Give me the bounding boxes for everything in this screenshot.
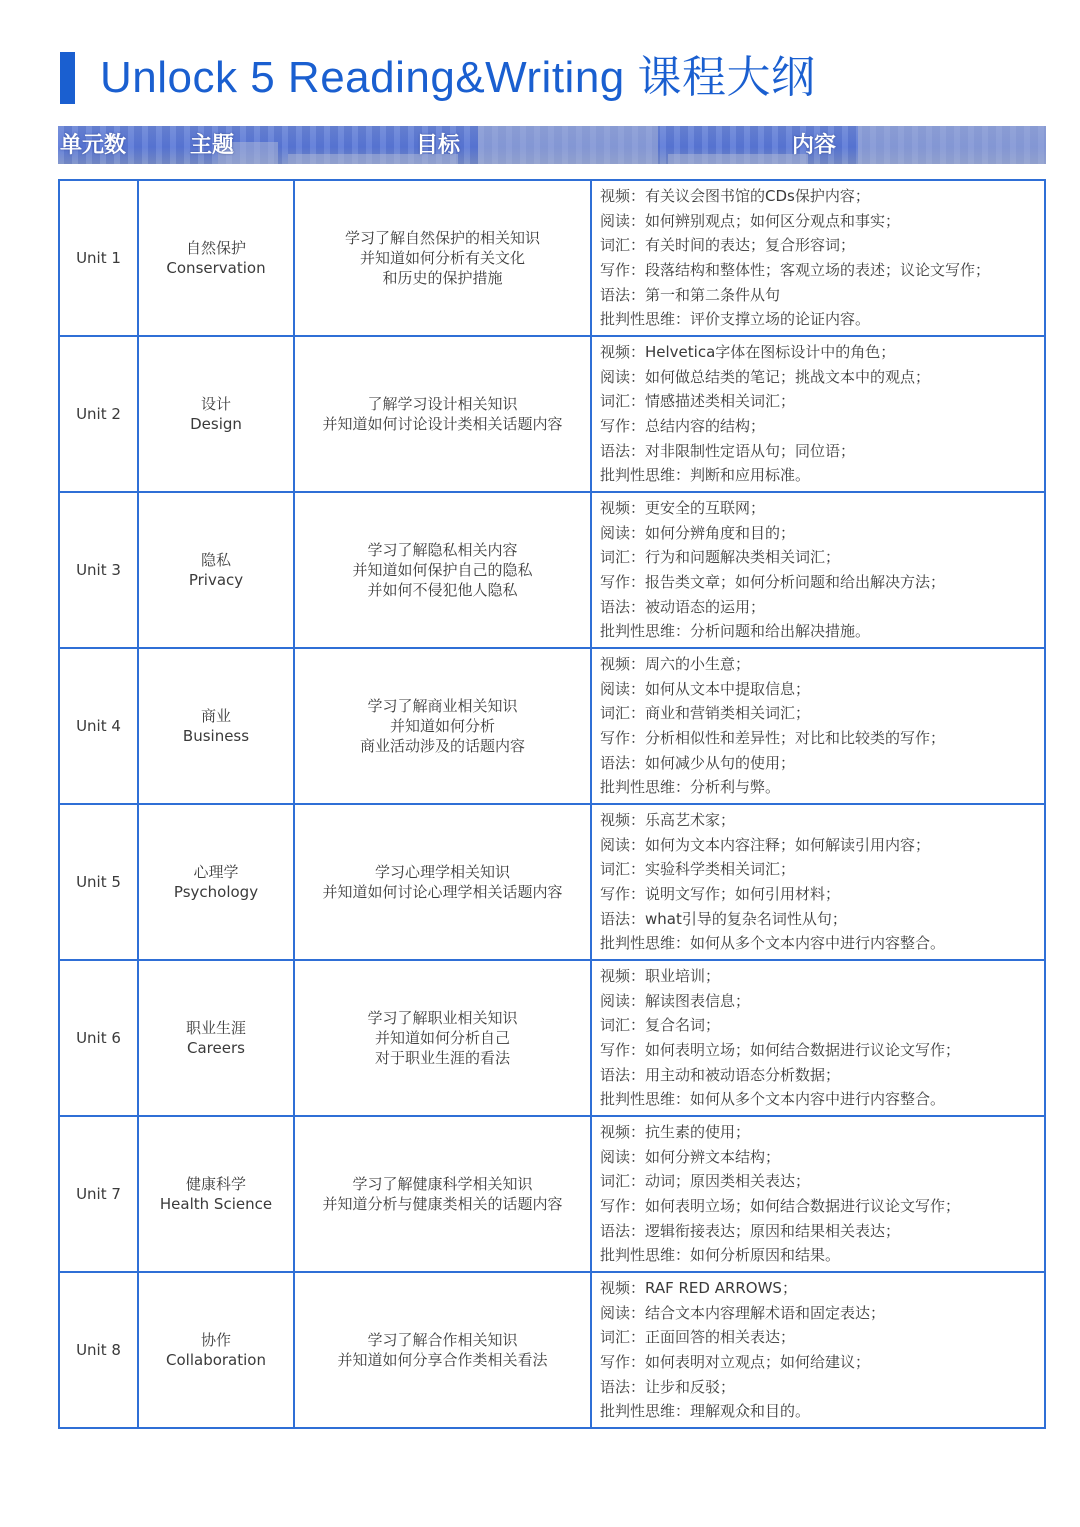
topic-cn: 职业生涯 bbox=[139, 1018, 293, 1038]
goal-line: 学习了解健康科学相关知识 bbox=[295, 1174, 590, 1194]
content-line: 阅读：如何为文本内容注释；如何解读引用内容； bbox=[600, 833, 1044, 858]
content-line: 词汇：有关时间的表达；复合形容词； bbox=[600, 233, 1044, 258]
content-line: 视频：职业培训； bbox=[600, 964, 1044, 989]
content-line: 语法：第一和第二条件从句 bbox=[600, 283, 1044, 308]
topic-cn: 自然保护 bbox=[139, 238, 293, 258]
unit-label: Unit 2 bbox=[76, 405, 121, 423]
page-title: Unlock 5 Reading&Writing 课程大纲 bbox=[100, 50, 816, 106]
content-line: 写作：段落结构和整体性；客观立场的表述；议论文写作； bbox=[600, 258, 1044, 283]
unit-cell: Unit 5 bbox=[59, 804, 138, 960]
content-line: 写作：分析相似性和差异性；对比和比较类的写作； bbox=[600, 726, 1044, 751]
content-line: 批判性思维：分析利与弊。 bbox=[600, 775, 1044, 800]
topic-cn: 隐私 bbox=[139, 550, 293, 570]
goal-line: 和历史的保护措施 bbox=[295, 268, 590, 288]
content-line: 语法：对非限制性定语从句；同位语； bbox=[600, 439, 1044, 464]
content-line: 写作：如何表明对立观点；如何给建议； bbox=[600, 1350, 1044, 1375]
content-line: 阅读：如何从文本中提取信息； bbox=[600, 677, 1044, 702]
table-header-band: 单元数 主题 目标 内容 bbox=[58, 126, 1046, 164]
content-line: 视频：Helvetica字体在图标设计中的角色； bbox=[600, 340, 1044, 365]
goal-cell: 学习了解自然保护的相关知识并知道如何分析有关文化和历史的保护措施 bbox=[294, 180, 591, 336]
topic-en: Psychology bbox=[139, 882, 293, 902]
content-line: 批判性思维：判断和应用标准。 bbox=[600, 463, 1044, 488]
content-line: 词汇：情感描述类相关词汇； bbox=[600, 389, 1044, 414]
goal-line: 学习了解隐私相关内容 bbox=[295, 540, 590, 560]
content-line: 视频：乐高艺术家； bbox=[600, 808, 1044, 833]
unit-cell: Unit 4 bbox=[59, 648, 138, 804]
table-row: Unit 1 自然保护 Conservation 学习了解自然保护的相关知识并知… bbox=[59, 180, 1045, 336]
content-line: 写作：如何表明立场；如何结合数据进行议论文写作； bbox=[600, 1038, 1044, 1063]
topic-cell: 心理学 Psychology bbox=[138, 804, 294, 960]
goal-cell: 学习了解职业相关知识并知道如何分析自己对于职业生涯的看法 bbox=[294, 960, 591, 1116]
goal-line: 学习了解商业相关知识 bbox=[295, 696, 590, 716]
content-line: 阅读：结合文本内容理解术语和固定表达； bbox=[600, 1301, 1044, 1326]
content-line: 视频：抗生素的使用； bbox=[600, 1120, 1044, 1145]
goal-line: 学习了解职业相关知识 bbox=[295, 1008, 590, 1028]
content-line: 批判性思维：如何从多个文本内容中进行内容整合。 bbox=[600, 1087, 1044, 1112]
content-line: 批判性思维：如何从多个文本内容中进行内容整合。 bbox=[600, 931, 1044, 956]
unit-label: Unit 8 bbox=[76, 1341, 121, 1359]
goal-line: 并知道如何保护自己的隐私 bbox=[295, 560, 590, 580]
content-line: 语法：如何减少从句的使用； bbox=[600, 751, 1044, 776]
goal-line: 商业活动涉及的话题内容 bbox=[295, 736, 590, 756]
unit-label: Unit 4 bbox=[76, 717, 121, 735]
goal-line: 并知道如何分享合作类相关看法 bbox=[295, 1350, 590, 1370]
content-line: 阅读：如何分辨角度和目的； bbox=[600, 521, 1044, 546]
goal-line: 并知道如何讨论心理学相关话题内容 bbox=[295, 882, 590, 902]
content-line: 语法：让步和反驳； bbox=[600, 1375, 1044, 1400]
content-line: 语法：what引导的复杂名词性从句； bbox=[600, 907, 1044, 932]
topic-en: Careers bbox=[139, 1038, 293, 1058]
goal-line: 对于职业生涯的看法 bbox=[295, 1048, 590, 1068]
unit-cell: Unit 2 bbox=[59, 336, 138, 492]
content-line: 写作：总结内容的结构； bbox=[600, 414, 1044, 439]
unit-label: Unit 7 bbox=[76, 1185, 121, 1203]
goal-line: 学习了解自然保护的相关知识 bbox=[295, 228, 590, 248]
goal-cell: 学习了解健康科学相关知识并知道分析与健康类相关的话题内容 bbox=[294, 1116, 591, 1272]
content-cell: 视频：周六的小生意；阅读：如何从文本中提取信息；词汇：商业和营销类相关词汇；写作… bbox=[591, 648, 1045, 804]
unit-cell: Unit 3 bbox=[59, 492, 138, 648]
table-row: Unit 2 设计 Design 了解学习设计相关知识并知道如何讨论设计类相关话… bbox=[59, 336, 1045, 492]
goal-cell: 学习了解合作相关知识并知道如何分享合作类相关看法 bbox=[294, 1272, 591, 1428]
table-row: Unit 4 商业 Business 学习了解商业相关知识并知道如何分析商业活动… bbox=[59, 648, 1045, 804]
unit-label: Unit 3 bbox=[76, 561, 121, 579]
unit-label: Unit 5 bbox=[76, 873, 121, 891]
content-line: 阅读：解读图表信息； bbox=[600, 989, 1044, 1014]
topic-cn: 设计 bbox=[139, 394, 293, 414]
content-line: 视频：周六的小生意； bbox=[600, 652, 1044, 677]
topic-cn: 健康科学 bbox=[139, 1174, 293, 1194]
goal-line: 并知道如何分析有关文化 bbox=[295, 248, 590, 268]
goal-line: 并知道如何讨论设计类相关话题内容 bbox=[295, 414, 590, 434]
content-line: 阅读：如何做总结类的笔记；挑战文本中的观点； bbox=[600, 365, 1044, 390]
content-cell: 视频：有关议会图书馆的CDs保护内容；阅读：如何辨别观点；如何区分观点和事实；词… bbox=[591, 180, 1045, 336]
content-cell: 视频：Helvetica字体在图标设计中的角色；阅读：如何做总结类的笔记；挑战文… bbox=[591, 336, 1045, 492]
unit-label: Unit 6 bbox=[76, 1029, 121, 1047]
topic-cell: 自然保护 Conservation bbox=[138, 180, 294, 336]
content-line: 词汇：复合名词； bbox=[600, 1013, 1044, 1038]
table-row: Unit 5 心理学 Psychology 学习心理学相关知识并知道如何讨论心理… bbox=[59, 804, 1045, 960]
topic-cell: 职业生涯 Careers bbox=[138, 960, 294, 1116]
topic-en: Conservation bbox=[139, 258, 293, 278]
content-line: 视频：有关议会图书馆的CDs保护内容； bbox=[600, 184, 1044, 209]
goal-cell: 学习了解商业相关知识并知道如何分析商业活动涉及的话题内容 bbox=[294, 648, 591, 804]
content-line: 词汇：行为和问题解决类相关词汇； bbox=[600, 545, 1044, 570]
title-accent-bar bbox=[60, 52, 75, 104]
topic-cell: 健康科学 Health Science bbox=[138, 1116, 294, 1272]
content-line: 阅读：如何辨别观点；如何区分观点和事实； bbox=[600, 209, 1044, 234]
content-line: 语法：被动语态的运用； bbox=[600, 595, 1044, 620]
topic-en: Business bbox=[139, 726, 293, 746]
table-row: Unit 3 隐私 Privacy 学习了解隐私相关内容并知道如何保护自己的隐私… bbox=[59, 492, 1045, 648]
content-cell: 视频：抗生素的使用；阅读：如何分辨文本结构；词汇：动词；原因类相关表达；写作：如… bbox=[591, 1116, 1045, 1272]
content-line: 批判性思维：理解观众和目的。 bbox=[600, 1399, 1044, 1424]
content-line: 批判性思维：评价支撑立场的论证内容。 bbox=[600, 307, 1044, 332]
unit-cell: Unit 6 bbox=[59, 960, 138, 1116]
goal-line: 并如何不侵犯他人隐私 bbox=[295, 580, 590, 600]
goal-cell: 学习了解隐私相关内容并知道如何保护自己的隐私并如何不侵犯他人隐私 bbox=[294, 492, 591, 648]
content-line: 批判性思维：如何分析原因和结果。 bbox=[600, 1243, 1044, 1268]
goal-line: 并知道如何分析自己 bbox=[295, 1028, 590, 1048]
content-line: 词汇：商业和营销类相关词汇； bbox=[600, 701, 1044, 726]
unit-label: Unit 1 bbox=[76, 249, 121, 267]
content-line: 写作：报告类文章；如何分析问题和给出解决方法； bbox=[600, 570, 1044, 595]
content-line: 视频：RAF RED ARROWS； bbox=[600, 1276, 1044, 1301]
table-row: Unit 8 协作 Collaboration 学习了解合作相关知识并知道如何分… bbox=[59, 1272, 1045, 1428]
content-cell: 视频：RAF RED ARROWS；阅读：结合文本内容理解术语和固定表达；词汇：… bbox=[591, 1272, 1045, 1428]
goal-line: 学习了解合作相关知识 bbox=[295, 1330, 590, 1350]
topic-cell: 隐私 Privacy bbox=[138, 492, 294, 648]
content-line: 阅读：如何分辨文本结构； bbox=[600, 1145, 1044, 1170]
topic-cn: 商业 bbox=[139, 706, 293, 726]
content-line: 语法：逻辑衔接表达；原因和结果相关表达； bbox=[600, 1219, 1044, 1244]
header-background-decor bbox=[478, 126, 658, 164]
goal-line: 并知道如何分析 bbox=[295, 716, 590, 736]
header-background-decor bbox=[858, 126, 1046, 164]
content-line: 语法：用主动和被动语态分析数据； bbox=[600, 1063, 1044, 1088]
content-cell: 视频：职业培训；阅读：解读图表信息；词汇：复合名词；写作：如何表明立场；如何结合… bbox=[591, 960, 1045, 1116]
goal-cell: 学习心理学相关知识并知道如何讨论心理学相关话题内容 bbox=[294, 804, 591, 960]
content-line: 词汇：实验科学类相关词汇； bbox=[600, 857, 1044, 882]
header-topic: 主题 bbox=[190, 126, 234, 164]
topic-cell: 设计 Design bbox=[138, 336, 294, 492]
content-line: 视频：更安全的互联网； bbox=[600, 496, 1044, 521]
header-goal: 目标 bbox=[416, 126, 460, 164]
topic-en: Privacy bbox=[139, 570, 293, 590]
goal-cell: 了解学习设计相关知识并知道如何讨论设计类相关话题内容 bbox=[294, 336, 591, 492]
unit-cell: Unit 7 bbox=[59, 1116, 138, 1272]
goal-line: 学习心理学相关知识 bbox=[295, 862, 590, 882]
header-background-decor bbox=[668, 154, 808, 164]
content-line: 批判性思维：分析问题和给出解决措施。 bbox=[600, 619, 1044, 644]
topic-en: Collaboration bbox=[139, 1350, 293, 1370]
content-line: 词汇：正面回答的相关表达； bbox=[600, 1325, 1044, 1350]
content-cell: 视频：乐高艺术家；阅读：如何为文本内容注释；如何解读引用内容；词汇：实验科学类相… bbox=[591, 804, 1045, 960]
topic-cn: 心理学 bbox=[139, 862, 293, 882]
topic-en: Health Science bbox=[139, 1194, 293, 1214]
syllabus-table: Unit 1 自然保护 Conservation 学习了解自然保护的相关知识并知… bbox=[58, 179, 1046, 1429]
content-cell: 视频：更安全的互联网；阅读：如何分辨角度和目的；词汇：行为和问题解决类相关词汇；… bbox=[591, 492, 1045, 648]
table-row: Unit 6 职业生涯 Careers 学习了解职业相关知识并知道如何分析自己对… bbox=[59, 960, 1045, 1116]
topic-cell: 协作 Collaboration bbox=[138, 1272, 294, 1428]
header-content: 内容 bbox=[792, 126, 836, 164]
goal-line: 并知道分析与健康类相关的话题内容 bbox=[295, 1194, 590, 1214]
topic-cn: 协作 bbox=[139, 1330, 293, 1350]
content-line: 词汇：动词；原因类相关表达； bbox=[600, 1169, 1044, 1194]
content-line: 写作：如何表明立场；如何结合数据进行议论文写作； bbox=[600, 1194, 1044, 1219]
topic-en: Design bbox=[139, 414, 293, 434]
content-line: 写作：说明文写作；如何引用材料； bbox=[600, 882, 1044, 907]
goal-line: 了解学习设计相关知识 bbox=[295, 394, 590, 414]
topic-cell: 商业 Business bbox=[138, 648, 294, 804]
unit-cell: Unit 8 bbox=[59, 1272, 138, 1428]
table-row: Unit 7 健康科学 Health Science 学习了解健康科学相关知识并… bbox=[59, 1116, 1045, 1272]
unit-cell: Unit 1 bbox=[59, 180, 138, 336]
header-unit: 单元数 bbox=[60, 126, 126, 164]
